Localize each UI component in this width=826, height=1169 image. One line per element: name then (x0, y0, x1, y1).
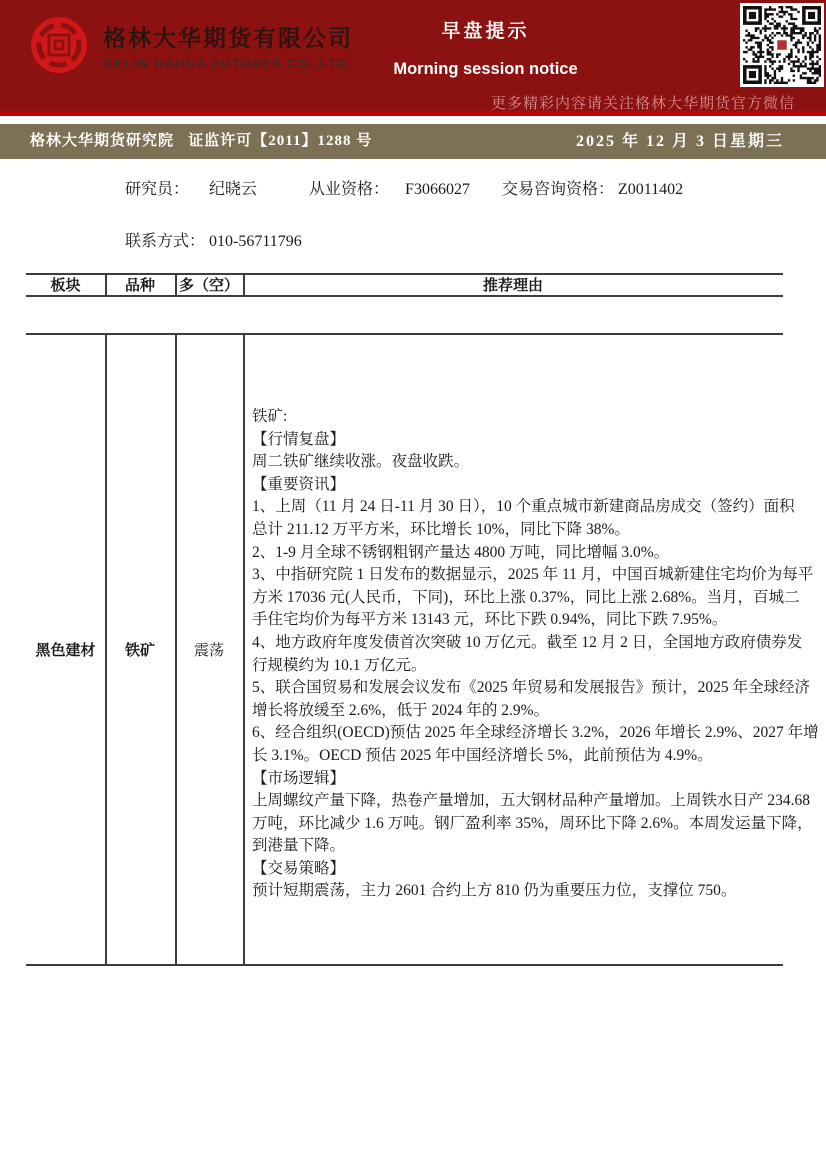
contact-line: 联系方式： 010-56711796 (125, 228, 683, 251)
advisor-number: Z0011402 (618, 181, 683, 198)
notice-title-block: 早盘提示 Morning session notice (383, 21, 588, 79)
role-label: 研究员： (125, 181, 189, 198)
info-bar: 格林大华期货研究院 证监许可【2011】1288 号 2025 年 12 月 3… (0, 124, 826, 159)
report-date: 2025 年 12 月 3 日星期三 (576, 124, 784, 159)
company-logo-icon (28, 14, 90, 81)
reason-text-line: 6、经合组织(OECD)预估 2025 年全球经济增长 3.2%，2026 年增… (252, 722, 779, 745)
institute-license: 格林大华期货研究院 证监许可【2011】1288 号 (30, 124, 372, 159)
reason-text-line: 2、1-9 月全球不锈钢粗钢产量达 4800 万吨，同比增幅 3.0%。 (252, 542, 779, 565)
document-page: 格林大华期货有限公司 GELIN DAHUA FUTURES CO.,LTD. … (0, 0, 826, 1169)
advisor-label: 交易咨询资格： (502, 181, 614, 198)
company-name-cn: 格林大华期货有限公司 (103, 26, 353, 52)
reason-text-line: 到港量下降。 (252, 835, 779, 858)
notice-title-en: Morning session notice (383, 59, 588, 79)
reason-text-line: 长 3.1%。OECD 预估 2025 年中国经济增长 5%，此前预估为 4.9… (252, 745, 779, 768)
reason-text-line: 【重要资讯】 (252, 474, 779, 497)
column-header-sector: 板块 (26, 273, 105, 295)
researcher-block: 研究员： 纪晓云 从业资格： F3066027 交易咨询资格： Z0011402… (125, 176, 683, 251)
contact-phone: 010-56711796 (209, 233, 302, 250)
column-header-reason: 推荐理由 (243, 273, 783, 295)
company-name-en: GELIN DAHUA FUTURES CO.,LTD. (103, 55, 353, 73)
accent-strip (0, 111, 826, 116)
contact-label: 联系方式： (125, 233, 205, 250)
reason-text-line: 1、上周（11 月 24 日-11 月 30 日），10 个重点城市新建商品房成… (252, 496, 779, 519)
cell-sector: 黑色建材 (26, 333, 105, 966)
company-name-block: 格林大华期货有限公司 GELIN DAHUA FUTURES CO.,LTD. (103, 26, 353, 73)
reason-text-line: 【行情复盘】 (252, 429, 779, 452)
license-number: 证监许可【2011】1288 号 (188, 133, 372, 149)
reason-text-line: 4、地方政府年度发债首次突破 10 万亿元。截至 12 月 2 日，全国地方政府… (252, 632, 779, 655)
cell-variety: 铁矿 (105, 333, 175, 966)
cert-number: F3066027 (405, 181, 470, 198)
qr-code-icon (740, 3, 824, 87)
researcher-name: 纪晓云 (209, 181, 257, 198)
reason-text-line: 预计短期震荡，主力 2601 合约上方 810 仍为重要压力位，支撑位 750。 (252, 880, 779, 903)
table-header-bottom-line (26, 295, 783, 297)
column-header-direction: 多（空） (175, 273, 243, 295)
researcher-line: 研究员： 纪晓云 从业资格： F3066027 交易咨询资格： Z0011402 (125, 176, 683, 199)
column-header-variety: 品种 (105, 273, 175, 295)
reason-text-line: 【市场逻辑】 (252, 768, 779, 791)
reason-text-line: 增长将放缓至 2.6%，低于 2024 年的 2.9%。 (252, 700, 779, 723)
reason-text-line: 万吨，环比减少 1.6 万吨。钢厂盈利率 35%，周环比下降 2.6%。本周发运… (252, 813, 779, 836)
cell-direction: 震荡 (175, 333, 243, 966)
header-banner: 格林大华期货有限公司 GELIN DAHUA FUTURES CO.,LTD. … (0, 0, 826, 111)
reason-text-line: 周二铁矿继续收涨。夜盘收跌。 (252, 451, 779, 474)
cell-reason: 铁矿:【行情复盘】周二铁矿继续收涨。夜盘收跌。【重要资讯】1、上周（11 月 2… (243, 333, 783, 966)
reason-text-line: 行规模约为 10.1 万亿元。 (252, 655, 779, 678)
cert-label: 从业资格： (309, 181, 389, 198)
reason-text-line: 总计 211.12 万平方米，环比增长 10%，同比下降 38%。 (252, 519, 779, 542)
reason-text-line: 方米 17036 元(人民币，下同)，环比上涨 0.37%，同比上涨 2.68%… (252, 587, 779, 610)
institute-name: 格林大华期货研究院 (30, 133, 174, 149)
reason-text-line: 上周螺纹产量下降，热卷产量增加，五大钢材品种产量增加。上周铁水日产 234.68 (252, 790, 779, 813)
notice-title-cn: 早盘提示 (383, 21, 588, 43)
reason-text-line: 3、中指研究院 1 日发布的数据显示，2025 年 11 月，中国百城新建住宅均… (252, 564, 779, 587)
reason-text-line: 铁矿: (252, 406, 779, 429)
reason-text-line: 手住宅均价为每平方米 13143 元，环比下跌 0.94%，同比下跌 7.95%… (252, 609, 779, 632)
reason-text-line: 5、联合国贸易和发展会议发布《2025 年贸易和发展报告》预计，2025 年全球… (252, 677, 779, 700)
reason-text-line: 【交易策略】 (252, 858, 779, 881)
wechat-note: 更多精彩内容请关注格林大华期货官方微信 (491, 92, 795, 113)
